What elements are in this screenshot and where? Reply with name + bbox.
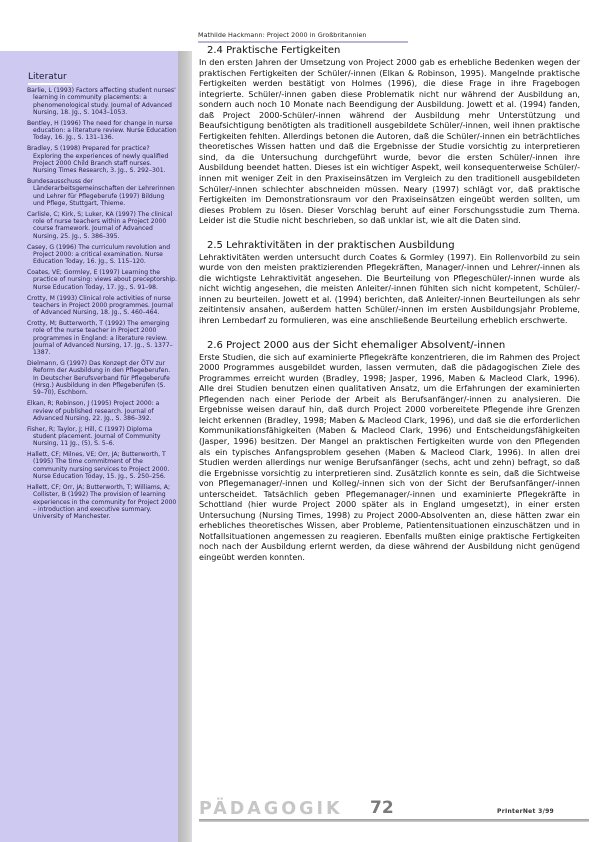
reference-item: Casey, G (1996) The curriculum revolutio… (27, 244, 177, 266)
section-absolventen: 2.6 Project 2000 aus der Sicht ehemalige… (199, 340, 580, 564)
section-lehraktivitaeten: 2.5 Lehraktivitäten in der praktischen A… (199, 240, 580, 327)
reference-item: Barlie, L (1993) Factors affecting stude… (27, 87, 177, 116)
reference-item: Elkan, R; Robinson, J (1995) Project 200… (27, 400, 177, 422)
footer-divider (199, 819, 589, 822)
reference-item: Fisher, R; Taylor, J; Hill, C (1997) Dip… (27, 426, 177, 448)
literature-title: Literatur (28, 72, 72, 85)
section-heading: 2.4 Praktische Fertigkeiten (207, 45, 580, 57)
page-number: 72 (370, 798, 394, 818)
section-heading: 2.6 Project 2000 aus der Sicht ehemalige… (207, 340, 580, 352)
section-paragraph: Lehraktivitäten werden untersucht durch … (199, 253, 580, 327)
reference-item: Carlisle, C; Kirk, S; Luker, KA (1997) T… (27, 211, 177, 240)
reference-item: Hallett, CF; Orr, JA; Butterworth, T; Wi… (27, 484, 177, 520)
reference-item: Bradley, S (1998) Prepared for practice?… (27, 145, 177, 174)
issue-label: PrInterNet 3/99 (497, 808, 554, 815)
reference-item: Coates, VE; Gormley, E (1997) Learning t… (27, 269, 177, 291)
article-body: 2.4 Praktische Fertigkeiten In den erste… (199, 45, 580, 577)
reference-item: Dielmann, G (1997) Das Konzept der ÖTV z… (27, 360, 177, 396)
journal-logo: PÄDAGOGIK (199, 799, 343, 819)
section-heading: 2.5 Lehraktivitäten in der praktischen A… (207, 240, 580, 252)
section-paragraph: In den ersten Jahren der Umsetzung von P… (199, 58, 580, 227)
reference-item: Hallett, CF; Milnes, VE; Orr, JA; Butter… (27, 451, 177, 480)
reference-item: Bundesausschuss der Länderarbeitsgemeins… (27, 178, 177, 207)
reference-item: Crotty, M (1993) Clinical role activitie… (27, 295, 177, 317)
reference-item: Bentley, H (1996) The need for change in… (27, 120, 177, 142)
section-praktische-fertigkeiten: 2.4 Praktische Fertigkeiten In den erste… (199, 45, 580, 227)
gutter-bar (178, 51, 192, 842)
section-paragraph: Erste Studien, die sich auf examinierte … (199, 353, 580, 564)
reference-list: Barlie, L (1993) Factors affecting stude… (27, 87, 177, 524)
reference-item: Crotty, M; Butterworth, T (1992) The eme… (27, 320, 177, 356)
running-head: Mathilde Hackmann: Project 2000 in Großb… (198, 31, 408, 43)
